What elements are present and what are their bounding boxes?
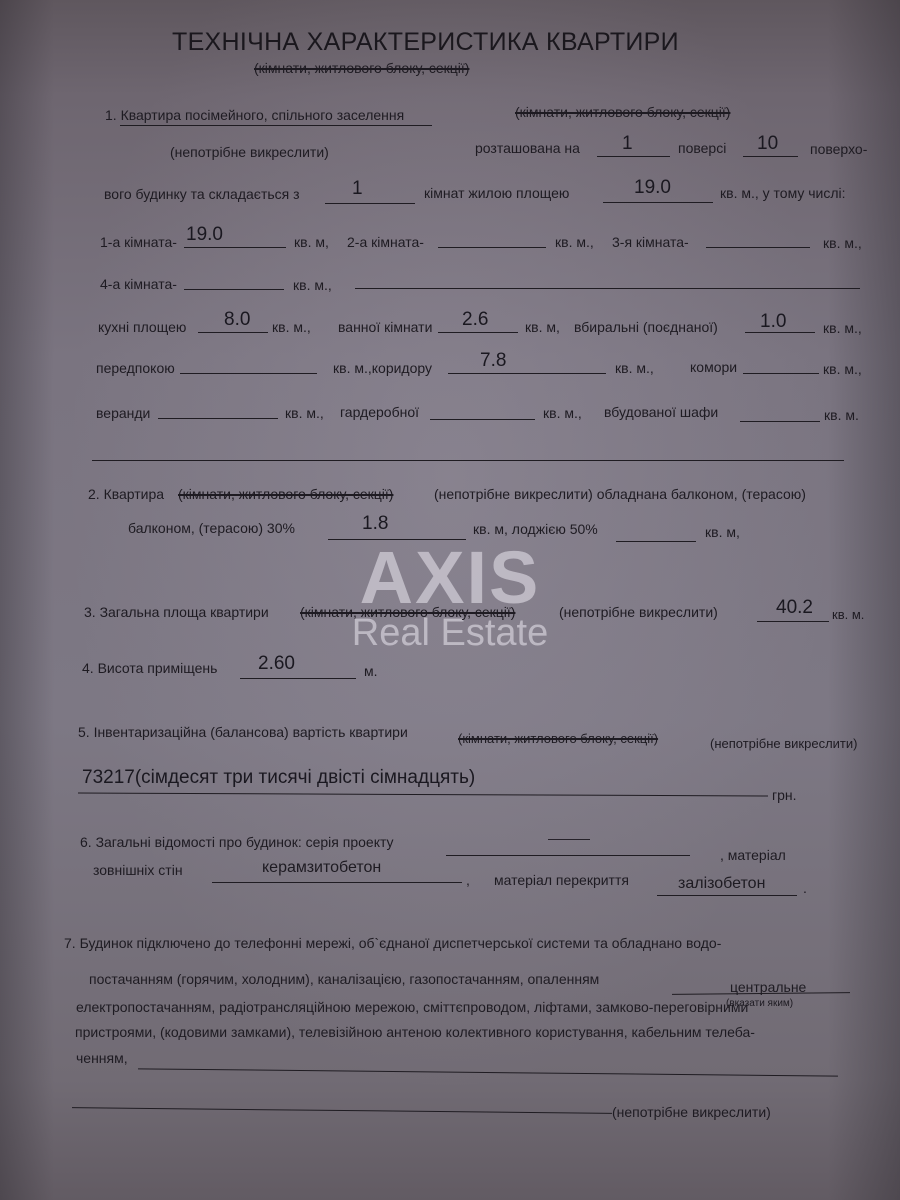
section1-extra-line [92,460,844,461]
inventory-value: 73217(сімдесят три тисячі двісті сімнадц… [82,767,475,789]
height-value: 2.60 [258,653,295,675]
corridor-unit: кв. м., [615,360,654,376]
floor-label: поверсі [678,140,726,156]
walls-label: зовнішніх стін [93,862,183,878]
kitchen-label: кухні площею [98,319,186,335]
located-on-label: розташована на [475,140,580,156]
storage-label: комори [690,359,737,375]
inventory-currency: грн. [772,787,797,803]
living-area-line [603,202,713,203]
section1-struck: (кімнати, житлового блоку, секції) [515,104,730,120]
room2-line [438,247,546,248]
rooms-count-line [325,203,415,204]
bathroom-label: ванної кімнати [338,319,432,335]
document-title: ТЕХНІЧНА ХАРАКТЕРИСТИКА КВАРТИРИ [172,28,679,57]
room-extra-line [355,288,860,289]
kitchen-line [198,332,268,333]
floors-label: матеріал перекриття [494,872,629,888]
including-label: кв. м., у тому числі: [720,185,846,201]
veranda-line [158,418,278,419]
section3-note: (непотрібне викреслити) [559,604,718,620]
section5-note: (непотрібне викреслити) [710,736,857,751]
height-unit: м. [364,663,378,679]
document-page: ТЕХНІЧНА ХАРАКТЕРИСТИКА КВАРТИРИ (кімнат… [0,0,900,1200]
wardrobe-label: гардеробної [340,404,419,420]
section4-label: 4. Висота приміщень [82,660,217,676]
floor-value: 1 [622,133,633,155]
closet-label: вбудованої шафи [604,404,718,420]
room3-label: 3-я кімната- [612,234,689,250]
room1-value: 19.0 [186,224,223,246]
series-value: ——— [548,830,590,846]
room3-line [706,247,810,248]
room1-unit: кв. м, [294,234,329,250]
section2-label: 2. Квартира [88,486,164,502]
floors-dot: . [803,880,807,896]
room4-label: 4-а кімната- [100,276,177,292]
rooms-count-value: 1 [352,178,363,200]
hall-label: передпокою [96,360,175,376]
storeys-label-b: вого будинку та складається з [104,186,300,202]
room4-unit: кв. м., [293,277,332,293]
section5-label: 5. Інвентаризаційна (балансова) вартість… [78,724,408,740]
section1-underline [120,125,432,126]
floors-line [657,895,797,896]
walls-comma: , [466,872,470,888]
material-label: , матеріал [720,847,786,863]
room3-unit: кв. м., [823,235,862,251]
section7-line1: 7. Будинок підключено до телефонні мереж… [64,935,721,951]
room1-line [184,247,286,248]
inventory-line [78,792,768,796]
room4-line [184,289,284,290]
toilet-line [745,332,815,333]
toilet-value: 1.0 [760,311,786,333]
section7-extra-line1 [138,1068,838,1076]
living-area-value: 19.0 [634,177,671,199]
balcony-label: балконом, (терасою) 30% [128,520,295,536]
total-area-value: 40.2 [776,597,813,619]
balcony-value: 1.8 [362,513,388,535]
total-area-unit: кв. м. [832,607,864,622]
walls-value: керамзитобетон [262,859,381,877]
document-subtitle: (кімнати, житлового блоку, секції) [254,60,469,76]
corridor-value: 7.8 [480,350,506,372]
section7-line5: ченням, [76,1050,128,1066]
kitchen-unit: кв. м., [272,319,311,335]
closet-line [740,421,820,422]
section7-note: (непотрібне викреслити) [612,1104,771,1120]
kitchen-value: 8.0 [224,309,250,331]
section7-line3: електропостачанням, радіотрансляційною м… [76,999,748,1015]
veranda-unit: кв. м., [285,405,324,421]
wardrobe-line [430,419,535,420]
bathroom-value: 2.6 [462,309,488,331]
closet-unit: кв. м. [824,407,859,423]
section6-label: 6. Загальні відомості про будинок: серія… [80,834,394,850]
storage-unit: кв. м., [823,361,862,377]
section7-line2: постачанням (горячим, холодним), каналіз… [89,971,599,987]
storeys-value: 10 [757,133,778,155]
section2-struck: (кімнати, житлового блоку, секції) [178,486,393,502]
storeys-label-a: поверхо- [810,141,867,157]
floors-value: залізобетон [678,875,765,893]
veranda-label: веранди [96,405,150,421]
section3-struck: (кімнати, житлового блоку, секції) [300,604,515,620]
corridor-line [448,373,606,374]
hall-line [180,373,317,374]
toilet-unit: кв. м., [823,320,862,336]
storage-line [743,373,819,374]
section7-line4: пристроями, (кодовими замками), телевізі… [75,1024,755,1040]
section1-label: 1. Квартира посімейного, спільного засел… [105,107,404,123]
room2-unit: кв. м., [555,234,594,250]
series-line [446,855,690,856]
room2-label: 2-а кімната- [347,234,424,250]
total-area-line [757,621,829,622]
section3-label: 3. Загальна площа квартири [84,604,269,620]
bathroom-unit: кв. м, [525,319,560,335]
corridor-label: кв. м.,коридору [333,360,432,376]
bathroom-line [438,332,518,333]
toilet-label: вбиральні (поєднаної) [574,319,718,335]
section7-extra-line2 [72,1107,612,1114]
section2-rest: (непотрібне викреслити) обладнана балкон… [434,486,806,502]
walls-line [212,882,462,883]
floor-line [597,156,670,157]
section1-note: (непотрібне викреслити) [170,144,329,160]
height-line [240,678,356,679]
living-area-label: кімнат жилою площею [424,185,569,201]
wardrobe-unit: кв. м., [543,405,582,421]
section5-struck: (кімнати, житлового блоку, секції) [458,731,658,746]
storeys-line [743,156,798,157]
room1-label: 1-а кімната- [100,234,177,250]
